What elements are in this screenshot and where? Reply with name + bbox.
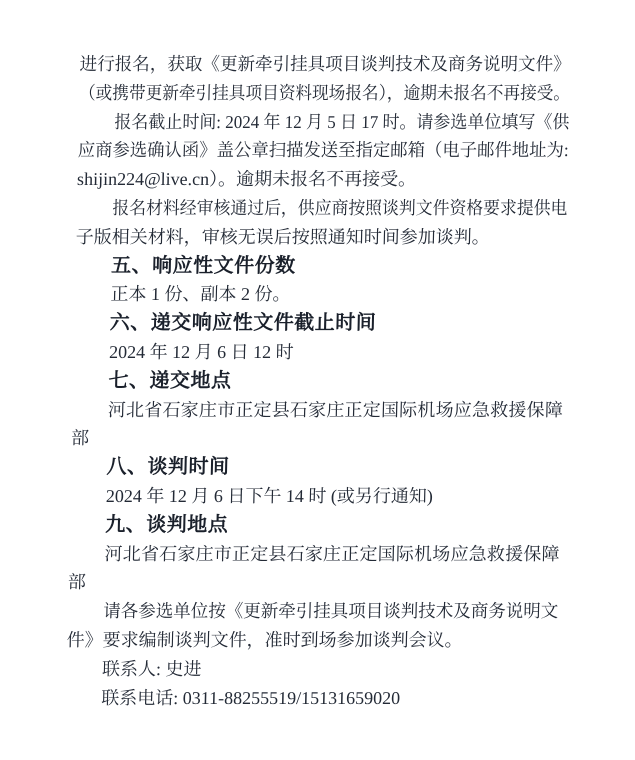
- section-heading: 五、响应性文件份数: [75, 252, 567, 281]
- line-text: 联系人: 史进: [102, 655, 202, 684]
- document-content: 进行报名，获取《更新牵引挂具项目谈判技术及商务说明文件》（或携带更新牵引挂具项目…: [65, 50, 571, 712]
- document-line: 正本 1 份、副本 2 份。: [74, 280, 566, 309]
- document-line: 2024 年 12 月 6 日 12 时: [73, 338, 565, 367]
- document-page: 进行报名，获取《更新牵引挂具项目谈判技术及商务说明文件》（或携带更新牵引挂具项目…: [0, 0, 635, 760]
- line-text: 联系电话: 0311-88255519/15131659020: [101, 684, 400, 713]
- line-text: 件》要求编制谈判文件，准时到场参加谈判会议。: [66, 626, 463, 655]
- document-line: 子版相关材料，审核无误后按照通知时间参加谈判。: [75, 223, 567, 252]
- document-line: 部: [71, 424, 563, 453]
- line-text: 五、响应性文件份数: [111, 252, 296, 281]
- line-text: 报名材料经审核通过后，供应商按照谈判文件资格要求提供电: [112, 194, 568, 223]
- line-text: 2024 年 12 月 6 日 12 时: [109, 338, 294, 367]
- line-text: 河北省石家庄市正定县石家庄正定国际机场应急救援保障: [104, 540, 560, 569]
- document-line: 2024 年 12 月 6 日下午 14 时 (或另行通知): [70, 482, 562, 511]
- line-text: 八、谈判时间: [106, 453, 230, 482]
- document-line: 进行报名，获取《更新牵引挂具项目谈判技术及商务说明文件》: [79, 50, 571, 79]
- document-line: 应商参选确认函》盖公章扫描发送至指定邮箱（电子邮件地址为:: [77, 136, 569, 165]
- line-text: 报名截止时间: 2024 年 12 月 5 日 17 时。请参选单位填写《供: [114, 108, 570, 137]
- line-text: 应商参选确认函》盖公章扫描发送至指定邮箱（电子邮件地址为:: [77, 136, 569, 165]
- line-text: 2024 年 12 月 6 日下午 14 时 (或另行通知): [106, 482, 434, 511]
- line-text: 部: [68, 568, 87, 597]
- document-line: 部: [68, 568, 560, 597]
- document-line: （或携带更新牵引挂具项目资料现场报名），逾期未报名不再接受。: [79, 79, 571, 108]
- section-heading: 八、谈判时间: [70, 453, 562, 482]
- line-text: 河北省石家庄市正定县石家庄正定国际机场应急救援保障: [108, 396, 564, 425]
- line-text: （或携带更新牵引挂具项目资料现场报名），逾期未报名不再接受。: [79, 79, 571, 108]
- line-text: 请各参选单位按《更新牵引挂具项目谈判技术及商务说明文: [103, 597, 559, 626]
- document-line: 联系人: 史进: [66, 655, 558, 684]
- document-line: 报名截止时间: 2024 年 12 月 5 日 17 时。请参选单位填写《供: [78, 108, 570, 137]
- line-text: shijin224@live.cn）。逾期未报名不再接受。: [77, 165, 417, 194]
- document-line: 件》要求编制谈判文件，准时到场参加谈判会议。: [66, 626, 558, 655]
- line-text: 九、谈判地点: [105, 511, 229, 540]
- line-text: 六、递交响应性文件截止时间: [109, 309, 376, 338]
- document-line: shijin224@live.cn）。逾期未报名不再接受。: [77, 165, 569, 194]
- document-line: 河北省石家庄市正定县石家庄正定国际机场应急救援保障: [68, 540, 560, 569]
- section-heading: 六、递交响应性文件截止时间: [73, 309, 565, 338]
- line-text: 部: [71, 424, 90, 453]
- line-text: 进行报名，获取《更新牵引挂具项目谈判技术及商务说明文件》: [79, 50, 571, 79]
- document-line: 报名材料经审核通过后，供应商按照谈判文件资格要求提供电: [76, 194, 568, 223]
- line-text: 子版相关材料，审核无误后按照通知时间参加谈判。: [75, 223, 490, 252]
- document-line: 河北省石家庄市正定县石家庄正定国际机场应急救援保障: [72, 396, 564, 425]
- section-heading: 九、谈判地点: [69, 511, 561, 540]
- line-text: 七、递交地点: [108, 367, 232, 396]
- section-heading: 七、递交地点: [72, 367, 564, 396]
- line-text: 正本 1 份、副本 2 份。: [110, 280, 291, 309]
- document-line: 请各参选单位按《更新牵引挂具项目谈判技术及商务说明文: [67, 597, 559, 626]
- document-line: 联系电话: 0311-88255519/15131659020: [65, 684, 557, 713]
